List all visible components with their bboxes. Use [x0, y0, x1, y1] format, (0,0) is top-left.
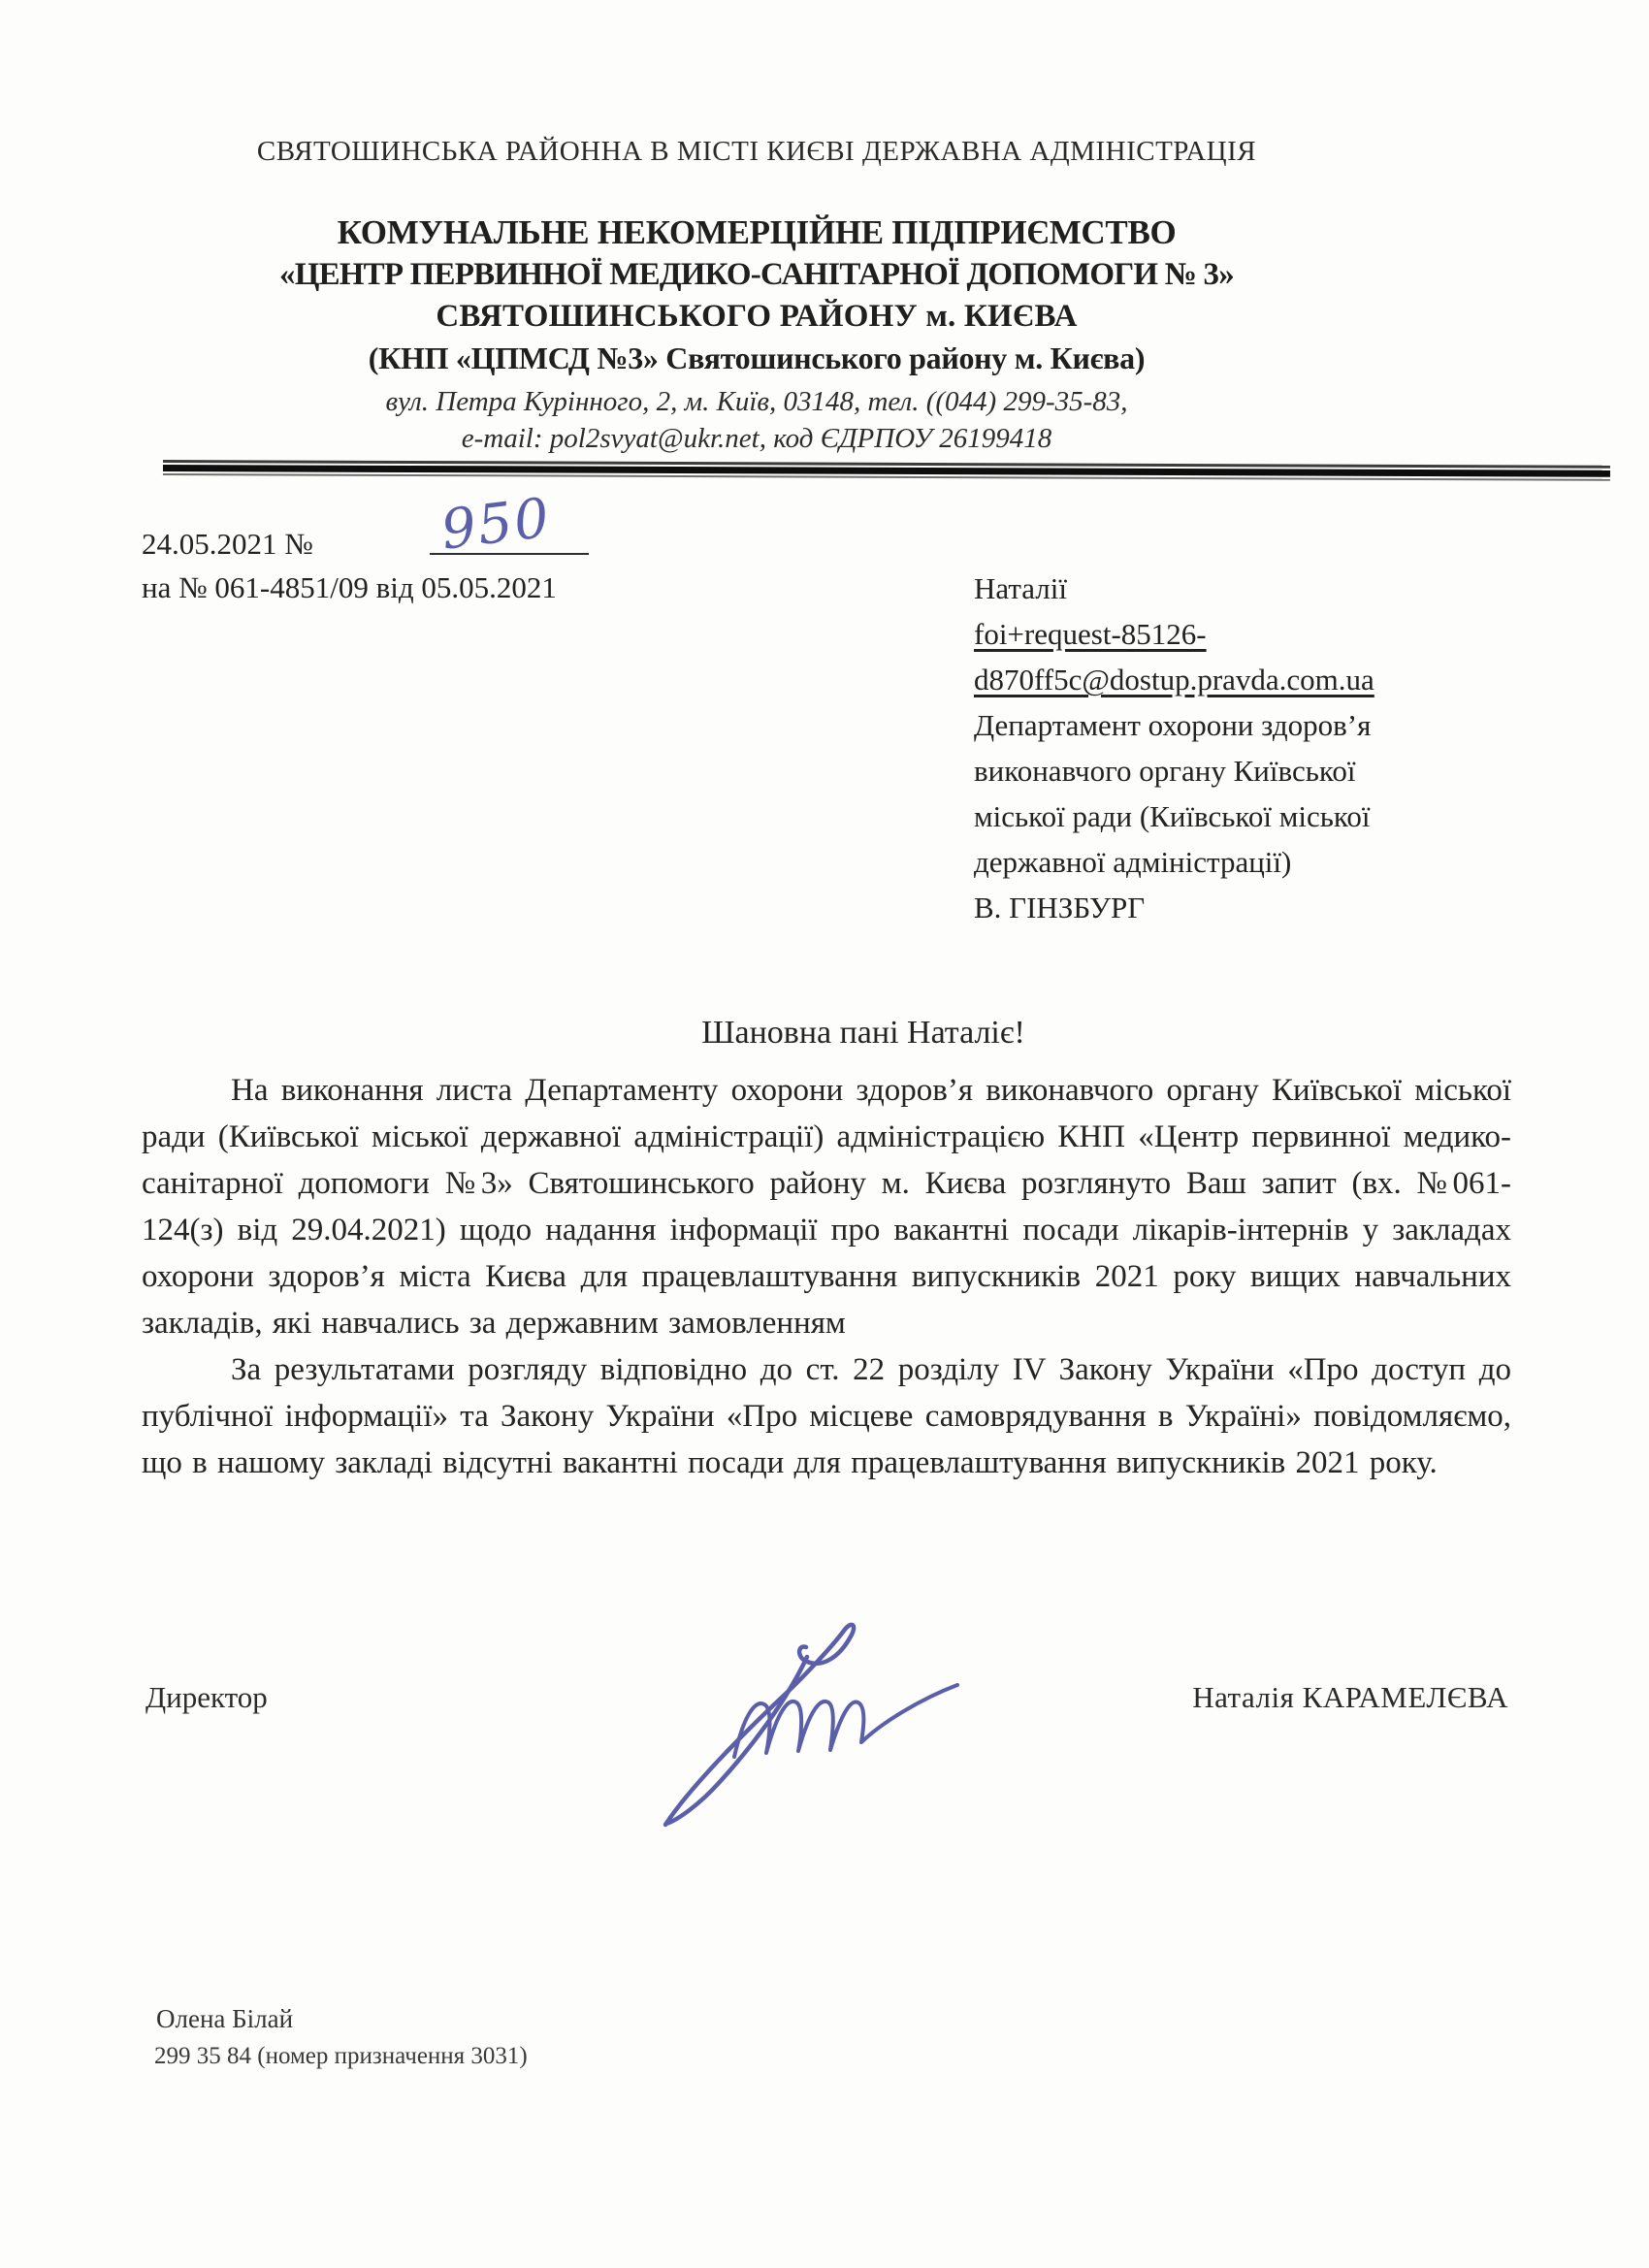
recipient-email-line-2: d870ff5c@dostup.pravda.com.ua: [974, 657, 1517, 702]
letterhead: СВЯТОШИНСЬКА РАЙОННА В МІСТІ КИЄВІ ДЕРЖА…: [82, 134, 1431, 457]
recipient-official: В. ГІНЗБУРГ: [974, 885, 1517, 930]
handwritten-outgoing-number: 950: [437, 486, 554, 562]
reply-reference-line: на № 061-4851/09 від 05.05.2021: [142, 570, 557, 605]
signer-name: Наталія КАРАМЕЛЄВА: [1192, 1680, 1508, 1715]
letterhead-admin-line: СВЯТОШИНСЬКА РАЙОННА В МІСТІ КИЄВІ ДЕРЖА…: [82, 134, 1431, 169]
executor-phone: 299 35 84 (номер призначення 3031): [154, 2043, 528, 2070]
body-paragraph-2: За результатами розгляду відповідно до с…: [142, 1346, 1511, 1486]
body-paragraph-1: На виконання листа Департаменту охорони …: [142, 1067, 1511, 1346]
executor-name: Олена Білай: [156, 2004, 293, 2034]
scanned-letter-page: СВЯТОШИНСЬКА РАЙОННА В МІСТІ КИЄВІ ДЕРЖА…: [0, 0, 1649, 2268]
recipient-org-line-1: Департамент охорони здоров’я: [974, 702, 1517, 748]
letterhead-org-name-2: «ЦЕНТР ПЕРВИННОЇ МЕДИКО-САНІТАРНОЇ ДОПОМ…: [82, 254, 1431, 296]
letterhead-org-name-1: КОМУНАЛЬНЕ НЕКОМЕРЦІЙНЕ ПІДПРИЄМСТВО: [82, 211, 1431, 254]
outgoing-date-line: 24.05.2021 №: [142, 527, 313, 562]
salutation: Шановна пані Наталіє!: [179, 1015, 1547, 1052]
letterhead-contact-line: e-mail: pol2svyat@ukr.net, код ЄДРПОУ 26…: [82, 421, 1431, 457]
recipient-org-line-2: виконавчого органу Київської: [974, 748, 1517, 794]
recipient-name: Наталії: [974, 566, 1517, 611]
letterhead-org-name-3: СВЯТОШИНСЬКОГО РАЙОНУ м. КИЄВА: [82, 296, 1431, 338]
letter-body: На виконання листа Департаменту охорони …: [142, 1067, 1511, 1486]
letterhead-address: вул. Петра Курінного, 2, м. Київ, 03148,…: [82, 382, 1431, 421]
recipient-block: Наталії foi+request-85126- d870ff5c@dost…: [974, 566, 1517, 930]
outgoing-number-underline: [430, 553, 589, 555]
letterhead-divider: [163, 460, 1610, 481]
recipient-org-line-3: міської ради (Київської міської: [974, 794, 1517, 839]
recipient-email-line-1: foi+request-85126-: [974, 611, 1517, 657]
recipient-org-line-4: державної адміністрації): [974, 839, 1517, 885]
handwritten-signature-ink: [543, 1599, 980, 1870]
letterhead-org-short: (КНП «ЦПМСД №3» Святошинського району м.…: [82, 338, 1431, 378]
signer-title: Директор: [145, 1680, 268, 1715]
